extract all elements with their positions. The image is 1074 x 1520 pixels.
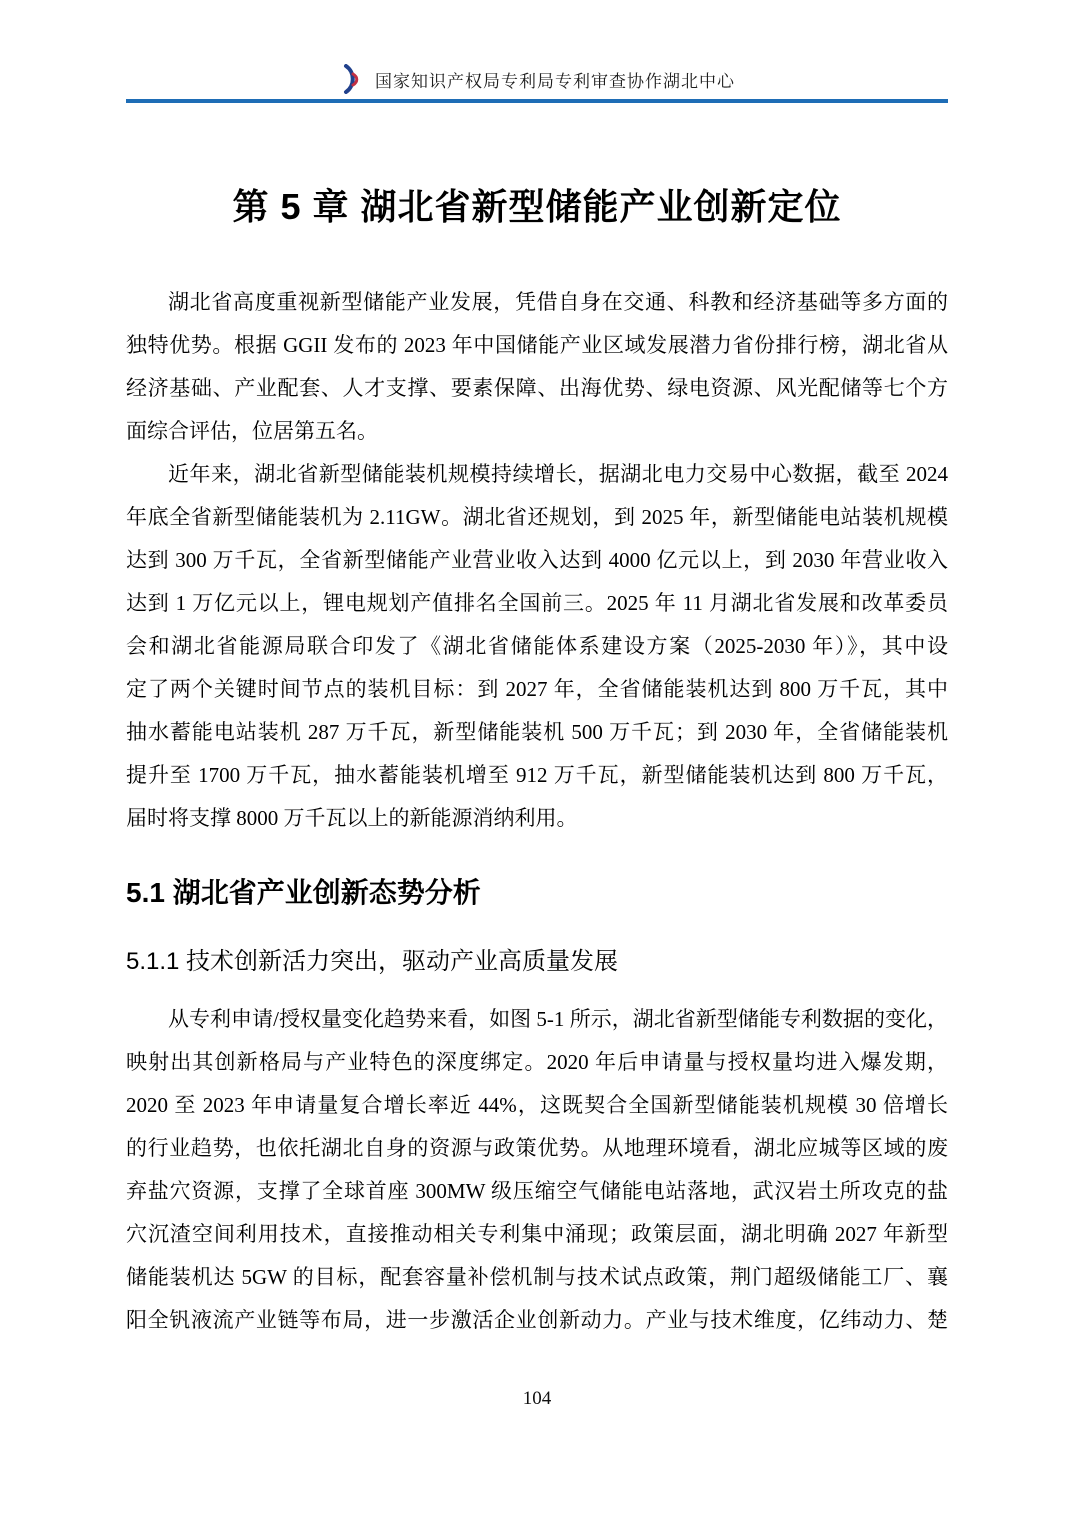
header-org-name: 国家知识产权局专利局专利审查协作湖北中心 xyxy=(375,67,735,92)
paragraph-patent-trends: 从专利申请/授权量变化趋势来看，如图 5-1 所示，湖北省新型储能专利数据的变化… xyxy=(126,998,948,1342)
header-divider xyxy=(126,99,948,103)
cnipa-center-logo-icon xyxy=(339,64,363,94)
text-line: 达到 1 万亿元以上，锂电规划产值排名全国前三。2025 年 11 月湖北省发展… xyxy=(126,582,948,625)
text-line: 储能装机达 5GW 的目标，配套容量补偿机制与技术试点政策，荆门超级储能工厂、襄 xyxy=(126,1256,948,1299)
text-line: 从专利申请/授权量变化趋势来看，如图 5-1 所示，湖北省新型储能专利数据的变化… xyxy=(126,998,948,1041)
page-number: 104 xyxy=(0,1388,1074,1410)
text-line: 面综合评估，位居第五名。 xyxy=(126,410,948,453)
text-line: 湖北省高度重视新型储能产业发展，凭借自身在交通、科教和经济基础等多方面的 xyxy=(126,281,948,324)
text-line: 达到 300 万千瓦，全省新型储能产业营业收入达到 4000 亿元以上，到 20… xyxy=(126,539,948,582)
text-line: 抽水蓄能电站装机 287 万千瓦，新型储能装机 500 万千瓦；到 2030 年… xyxy=(126,711,948,754)
text-line: 经济基础、产业配套、人才支撑、要素保障、出海优势、绿电资源、风光配储等七个方 xyxy=(126,367,948,410)
paragraph-capacity-planning: 近年来，湖北省新型储能装机规模持续增长，据湖北电力交易中心数据，截至 2024年… xyxy=(126,453,948,840)
text-line: 的行业趋势，也依托湖北自身的资源与政策优势。从地理环境看，湖北应城等区域的废 xyxy=(126,1127,948,1170)
text-line: 提升至 1700 万千瓦，抽水蓄能装机增至 912 万千瓦，新型储能装机达到 8… xyxy=(126,754,948,797)
section-5-1-heading: 5.1 湖北省产业创新态势分析 xyxy=(126,873,948,913)
text-line: 穴沉渣空间利用技术，直接推动相关专利集中涌现；政策层面，湖北明确 2027 年新… xyxy=(126,1213,948,1256)
text-line: 阳全钒液流产业链等布局，进一步激活企业创新动力。产业与技术维度，亿纬动力、楚 xyxy=(126,1299,948,1342)
page-header: 国家知识产权局专利局专利审查协作湖北中心 xyxy=(126,0,948,96)
text-line: 2020 至 2023 年申请量复合增长率近 44%，这既契合全国新型储能装机规… xyxy=(126,1084,948,1127)
page-content: 国家知识产权局专利局专利审查协作湖北中心 第 5 章 湖北省新型储能产业创新定位… xyxy=(126,0,948,1342)
body-text-block-1: 湖北省高度重视新型储能产业发展，凭借自身在交通、科教和经济基础等多方面的独特优势… xyxy=(126,281,948,840)
text-line: 会和湖北省能源局联合印发了《湖北省储能体系建设方案（2025-2030 年）》，… xyxy=(126,625,948,668)
text-line: 定了两个关键时间节点的装机目标：到 2027 年，全省储能装机达到 800 万千… xyxy=(126,668,948,711)
paragraph-province-overview: 湖北省高度重视新型储能产业发展，凭借自身在交通、科教和经济基础等多方面的独特优势… xyxy=(126,281,948,453)
text-line: 独特优势。根据 GGII 发布的 2023 年中国储能产业区域发展潜力省份排行榜… xyxy=(126,324,948,367)
text-line: 弃盐穴资源，支撑了全球首座 300MW 级压缩空气储能电站落地，武汉岩土所攻克的… xyxy=(126,1170,948,1213)
body-text-block-2: 从专利申请/授权量变化趋势来看，如图 5-1 所示，湖北省新型储能专利数据的变化… xyxy=(126,998,948,1342)
chapter-title: 第 5 章 湖北省新型储能产业创新定位 xyxy=(126,183,948,231)
text-line: 届时将支撑 8000 万千瓦以上的新能源消纳利用。 xyxy=(126,797,948,840)
text-line: 年底全省新型储能装机为 2.11GW。湖北省还规划，到 2025 年，新型储能电… xyxy=(126,496,948,539)
text-line: 近年来，湖北省新型储能装机规模持续增长，据湖北电力交易中心数据，截至 2024 xyxy=(126,453,948,496)
text-line: 映射出其创新格局与产业特色的深度绑定。2020 年后申请量与授权量均进入爆发期， xyxy=(126,1041,948,1084)
section-5-1-1-heading: 5.1.1 技术创新活力突出，驱动产业高质量发展 xyxy=(126,944,948,980)
